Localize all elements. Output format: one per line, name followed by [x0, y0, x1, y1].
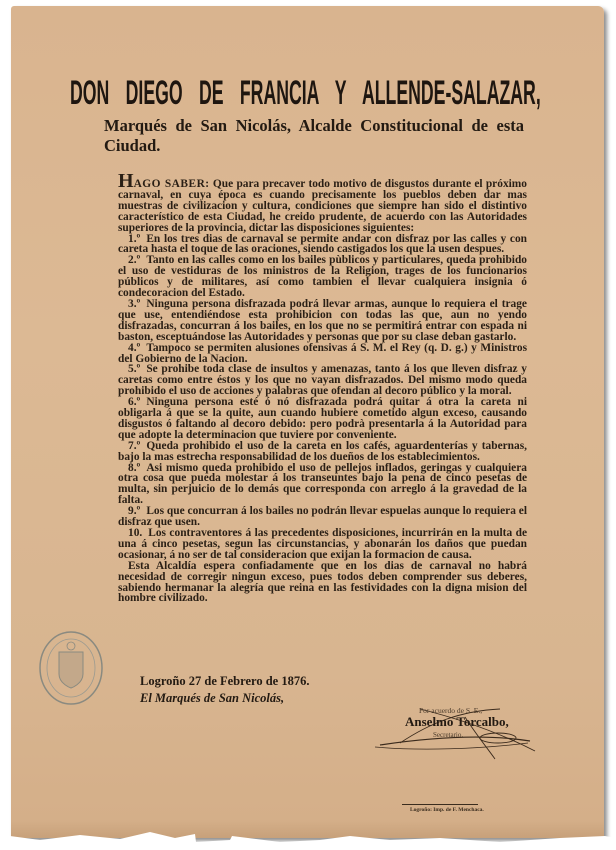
disposition-item: 9.ºLos que concurran á los bailes no pod…: [118, 506, 527, 528]
disposition-item: 4.ºTampoco se permiten alusiones ofensiv…: [118, 343, 527, 365]
printer-imprint: Logroño: Imp. de F. Menchaca.: [410, 807, 484, 813]
disposition-text: Los contraventores á las precedentes dis…: [118, 527, 527, 561]
disposition-item: 3.ºNinguna persona disfrazada podrá llev…: [118, 299, 527, 343]
disposition-text: Tampoco se permiten alusiones ofensivas …: [118, 342, 527, 365]
municipal-seal-icon: [38, 630, 104, 706]
disposition-text: Asi mismo queda prohibido el uso de pell…: [118, 462, 527, 507]
disposition-text: Tanto en las calles como en los bailes p…: [118, 254, 527, 299]
disposition-item: 10.Los contraventores á las precedentes …: [118, 528, 527, 561]
disposition-item: 1.ºEn los tres dias de carnaval se permi…: [118, 234, 527, 256]
disposition-text: Ninguna persona disfrazada podrá llevar …: [118, 298, 527, 343]
disposition-text: Queda prohibido el uso de la careta en l…: [118, 440, 527, 463]
countersign-role: Secretario.: [433, 731, 463, 739]
countersign-name: Anselmo Torcalbo,: [405, 714, 509, 730]
disposition-item: 7.ºQueda prohibido el uso de la careta e…: [118, 441, 527, 463]
closing-paragraph: Esta Alcaldía espera confiadamente que e…: [118, 561, 527, 605]
disposition-item: 2.ºTanto en las calles como en los baile…: [118, 255, 527, 299]
disposition-text: Ninguna persona esté ó nó disfrazada pod…: [118, 396, 527, 441]
lead-paragraph: HAGO SABER: Que para precaver todo motiv…: [118, 176, 527, 234]
signatory: El Marqués de San Nicolás,: [140, 691, 284, 706]
torn-edge: [0, 816, 616, 850]
dispositions-list: 1.ºEn los tres dias de carnaval se permi…: [118, 234, 527, 561]
document-body: HAGO SABER: Que para precaver todo motiv…: [118, 176, 527, 604]
disposition-item: 6.ºNinguna persona esté ó nó disfrazada …: [118, 397, 527, 441]
disposition-item: 5.ºSe prohibe toda clase de insultos y a…: [118, 364, 527, 397]
disposition-item: 8.ºAsi mismo queda prohibido el uso de p…: [118, 463, 527, 507]
document-date: Logroño 27 de Febrero de 1876.: [140, 674, 309, 689]
printer-rule: [402, 804, 478, 805]
disposition-text: En los tres dias de carnaval se permite …: [118, 233, 527, 256]
disposition-text: Se prohibe toda clase de insultos y amen…: [118, 363, 527, 397]
disposition-text: Los que concurran á los bailes no podrán…: [118, 505, 527, 528]
document-subtitle: Marqués de San Nicolás, Alcalde Constitu…: [104, 116, 524, 156]
document-title: DON DIEGO DE FRANCIA Y ALLENDE-SALAZAR,: [70, 74, 320, 113]
